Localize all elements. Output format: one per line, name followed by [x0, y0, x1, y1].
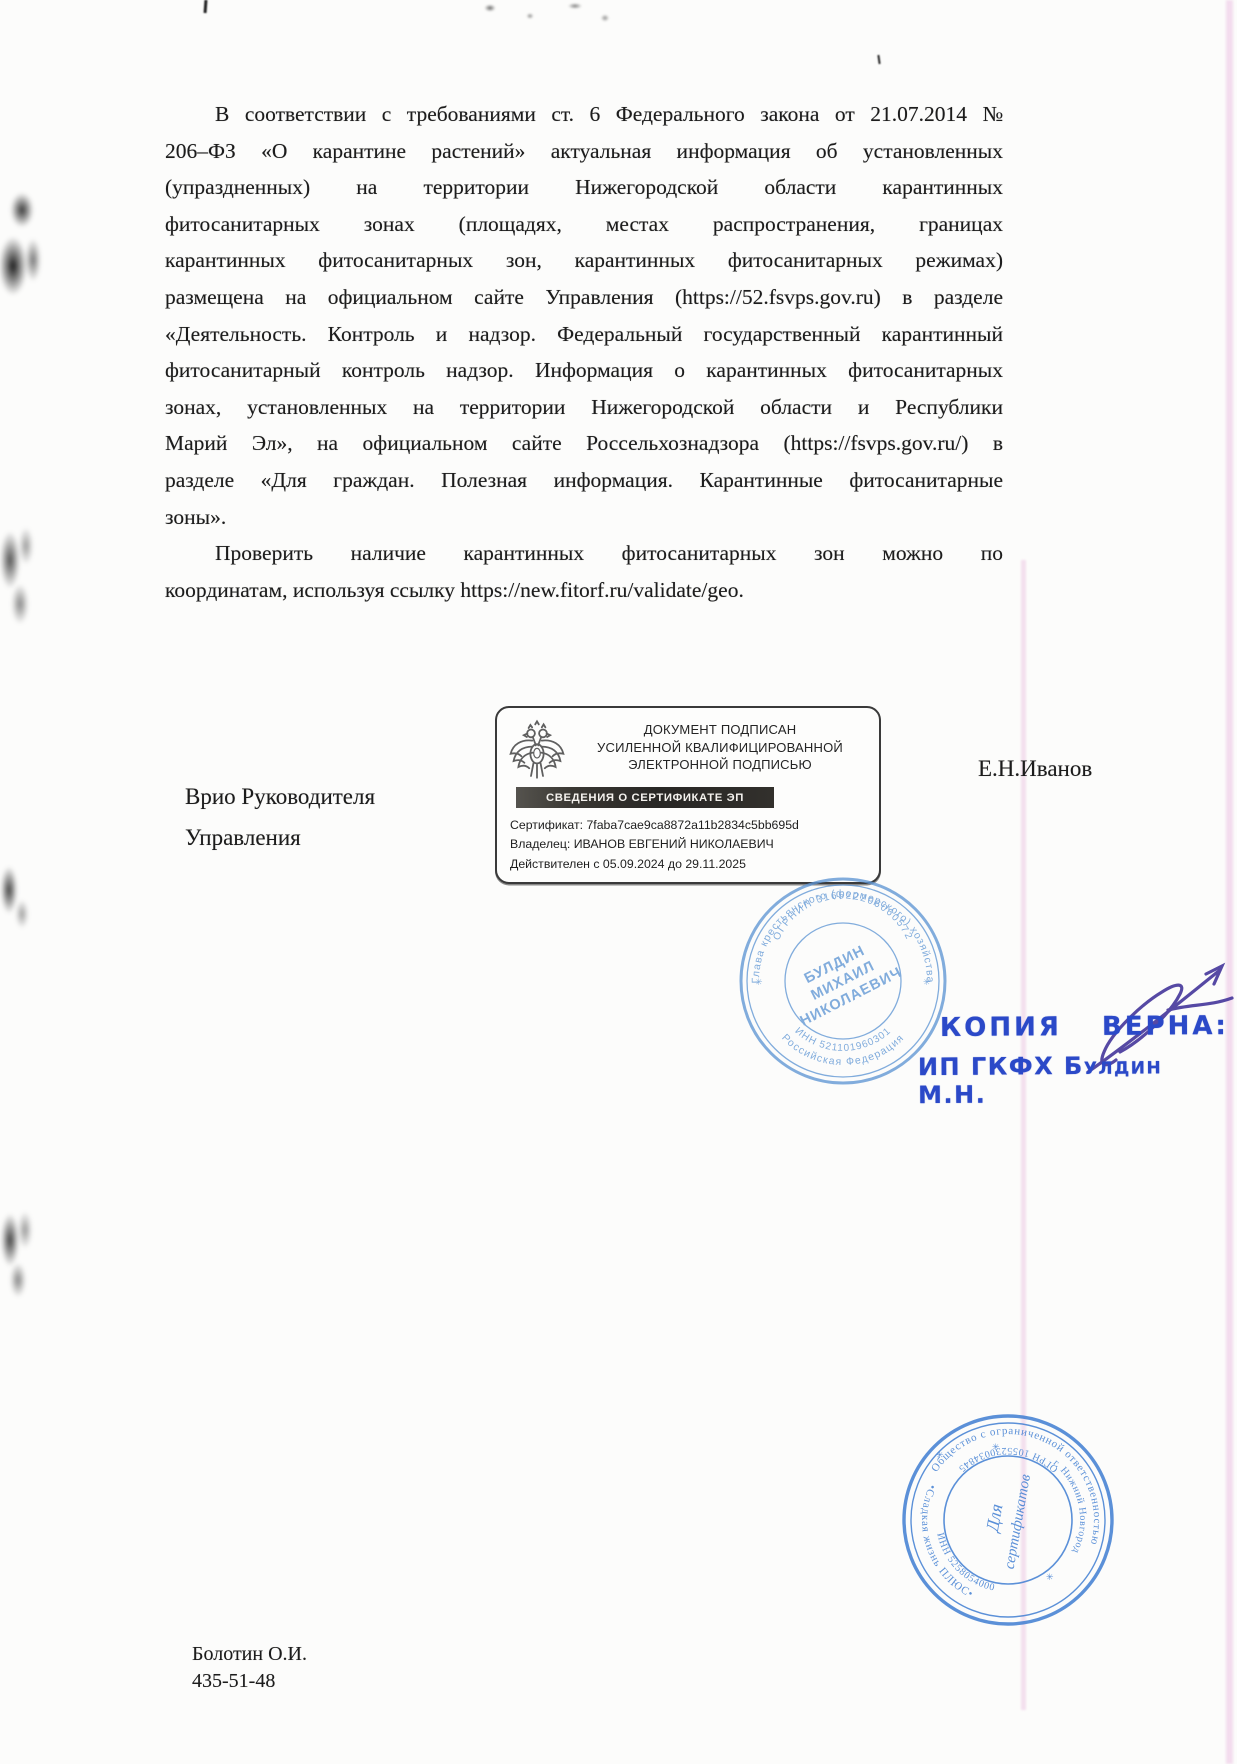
scan-smudge-mid-left	[0, 512, 40, 632]
body-line: В соответствии с требованиями ст. 6 Феде…	[165, 96, 1003, 133]
esign-details: Сертификат: 7faba7cae9ca8872a11b2834c5bb…	[510, 816, 799, 874]
svg-text:ОГРНИП 316522206060572: ОГРНИП 316522206060572	[771, 890, 914, 942]
copy-verna-stamp-text: КОПИЯ ВЕРНА:	[940, 1011, 1229, 1043]
signer-position: Врио Руководителя Управления	[185, 776, 375, 858]
signer-name: Е.Н.Иванов	[978, 756, 1092, 782]
esign-certificate-box: ДОКУМЕНТ ПОДПИСАН УСИЛЕННОЙ КВАЛИФИЦИРОВ…	[495, 706, 881, 884]
body-line: карантинных фитосанитарных зон, карантин…	[165, 242, 1003, 279]
org-stamp-star2: ✳	[992, 1442, 1000, 1452]
scan-noise-top	[470, 0, 620, 26]
scan-smudge-bottom-left	[0, 1190, 40, 1302]
scan-smudge-top-left	[0, 190, 48, 308]
buldin-stamp-ogrnip-text: ОГРНИП 316522206060572	[771, 890, 914, 942]
body-line: (упраздненных) на территории Нижегородск…	[165, 169, 1003, 206]
scan-speck	[204, 0, 208, 13]
org-stamp-center-line1: Для	[982, 1502, 1007, 1535]
esign-header-line1: ДОКУМЕНТ ПОДПИСАН	[567, 721, 873, 739]
ip-gkfh-buldin-stamp-text: ИП ГКФХ Булдин М.Н.	[918, 1051, 1237, 1109]
esign-certificate-bar: СВЕДЕНИЯ О СЕРТИФИКАТЕ ЭП	[516, 787, 774, 808]
esign-certificate-number: Сертификат: 7faba7cae9ca8872a11b2834c5bb…	[510, 816, 799, 835]
org-stamp-ogrn-text: ОГРН 1055230034845	[956, 1445, 1061, 1475]
buldin-stamp-star-left: ✳	[755, 977, 763, 987]
footer-contact: Болотин О.И. 435-51-48	[192, 1641, 307, 1694]
esign-bar-label: СВЕДЕНИЯ О СЕРТИФИКАТЕ ЭП	[546, 792, 744, 804]
body-line: фитосанитарных зонах (площадях, местах р…	[165, 206, 1003, 243]
org-stamp-star3: ✳	[1046, 1572, 1054, 1582]
body-line: Марий Эл», на официальном сайте Россельх…	[165, 425, 1003, 462]
esign-owner: Владелец: ИВАНОВ ЕВГЕНИЙ НИКОЛАЕВИЧ	[510, 835, 799, 854]
body-line: зоны».	[165, 499, 1003, 536]
scan-smudge-lower-left	[0, 848, 34, 943]
body-line: зонах, установленных на территории Нижег…	[165, 389, 1003, 426]
esign-header-line3: ЭЛЕКТРОННОЙ ПОДПИСЬЮ	[567, 756, 873, 774]
esign-header-line2: УСИЛЕННОЙ КВАЛИФИЦИРОВАННОЙ	[567, 739, 873, 757]
svg-text:ОГРН 1055230034845: ОГРН 1055230034845	[956, 1445, 1061, 1475]
buldin-stamp-star-right: ✳	[923, 977, 931, 987]
body-line: 206–ФЗ «О карантине растений» актуальная…	[165, 133, 1003, 170]
esign-header: ДОКУМЕНТ ПОДПИСАН УСИЛЕННОЙ КВАЛИФИЦИРОВ…	[567, 721, 873, 774]
body-line: координатам, используя ссылку https://ne…	[165, 572, 1003, 609]
signer-position-line2: Управления	[185, 817, 375, 858]
body-line: Проверить наличие карантинных фитосанита…	[165, 535, 1003, 572]
letter-body: В соответствии с требованиями ст. 6 Феде…	[165, 96, 1003, 608]
org-round-stamp: Общество с ограниченной ответственностью…	[896, 1408, 1120, 1632]
footer-contact-name: Болотин О.И.	[192, 1641, 307, 1668]
signer-position-line1: Врио Руководителя	[185, 776, 375, 817]
coat-of-arms-eagle-icon	[507, 719, 567, 785]
scan-pink-edge	[1226, 0, 1233, 1764]
org-stamp-star1: ✳	[936, 1450, 944, 1460]
body-line: фитосанитарный контроль надзор. Информац…	[165, 352, 1003, 389]
org-stamp-center-line2: сертификатов	[1002, 1473, 1034, 1571]
footer-contact-phone: 435-51-48	[192, 1668, 307, 1695]
body-line: размещена на официальном сайте Управлени…	[165, 279, 1003, 316]
scan-speck	[877, 55, 880, 64]
body-line: разделе «Для граждан. Полезная информаци…	[165, 462, 1003, 499]
body-line: «Деятельность. Контроль и надзор. Федера…	[165, 316, 1003, 353]
